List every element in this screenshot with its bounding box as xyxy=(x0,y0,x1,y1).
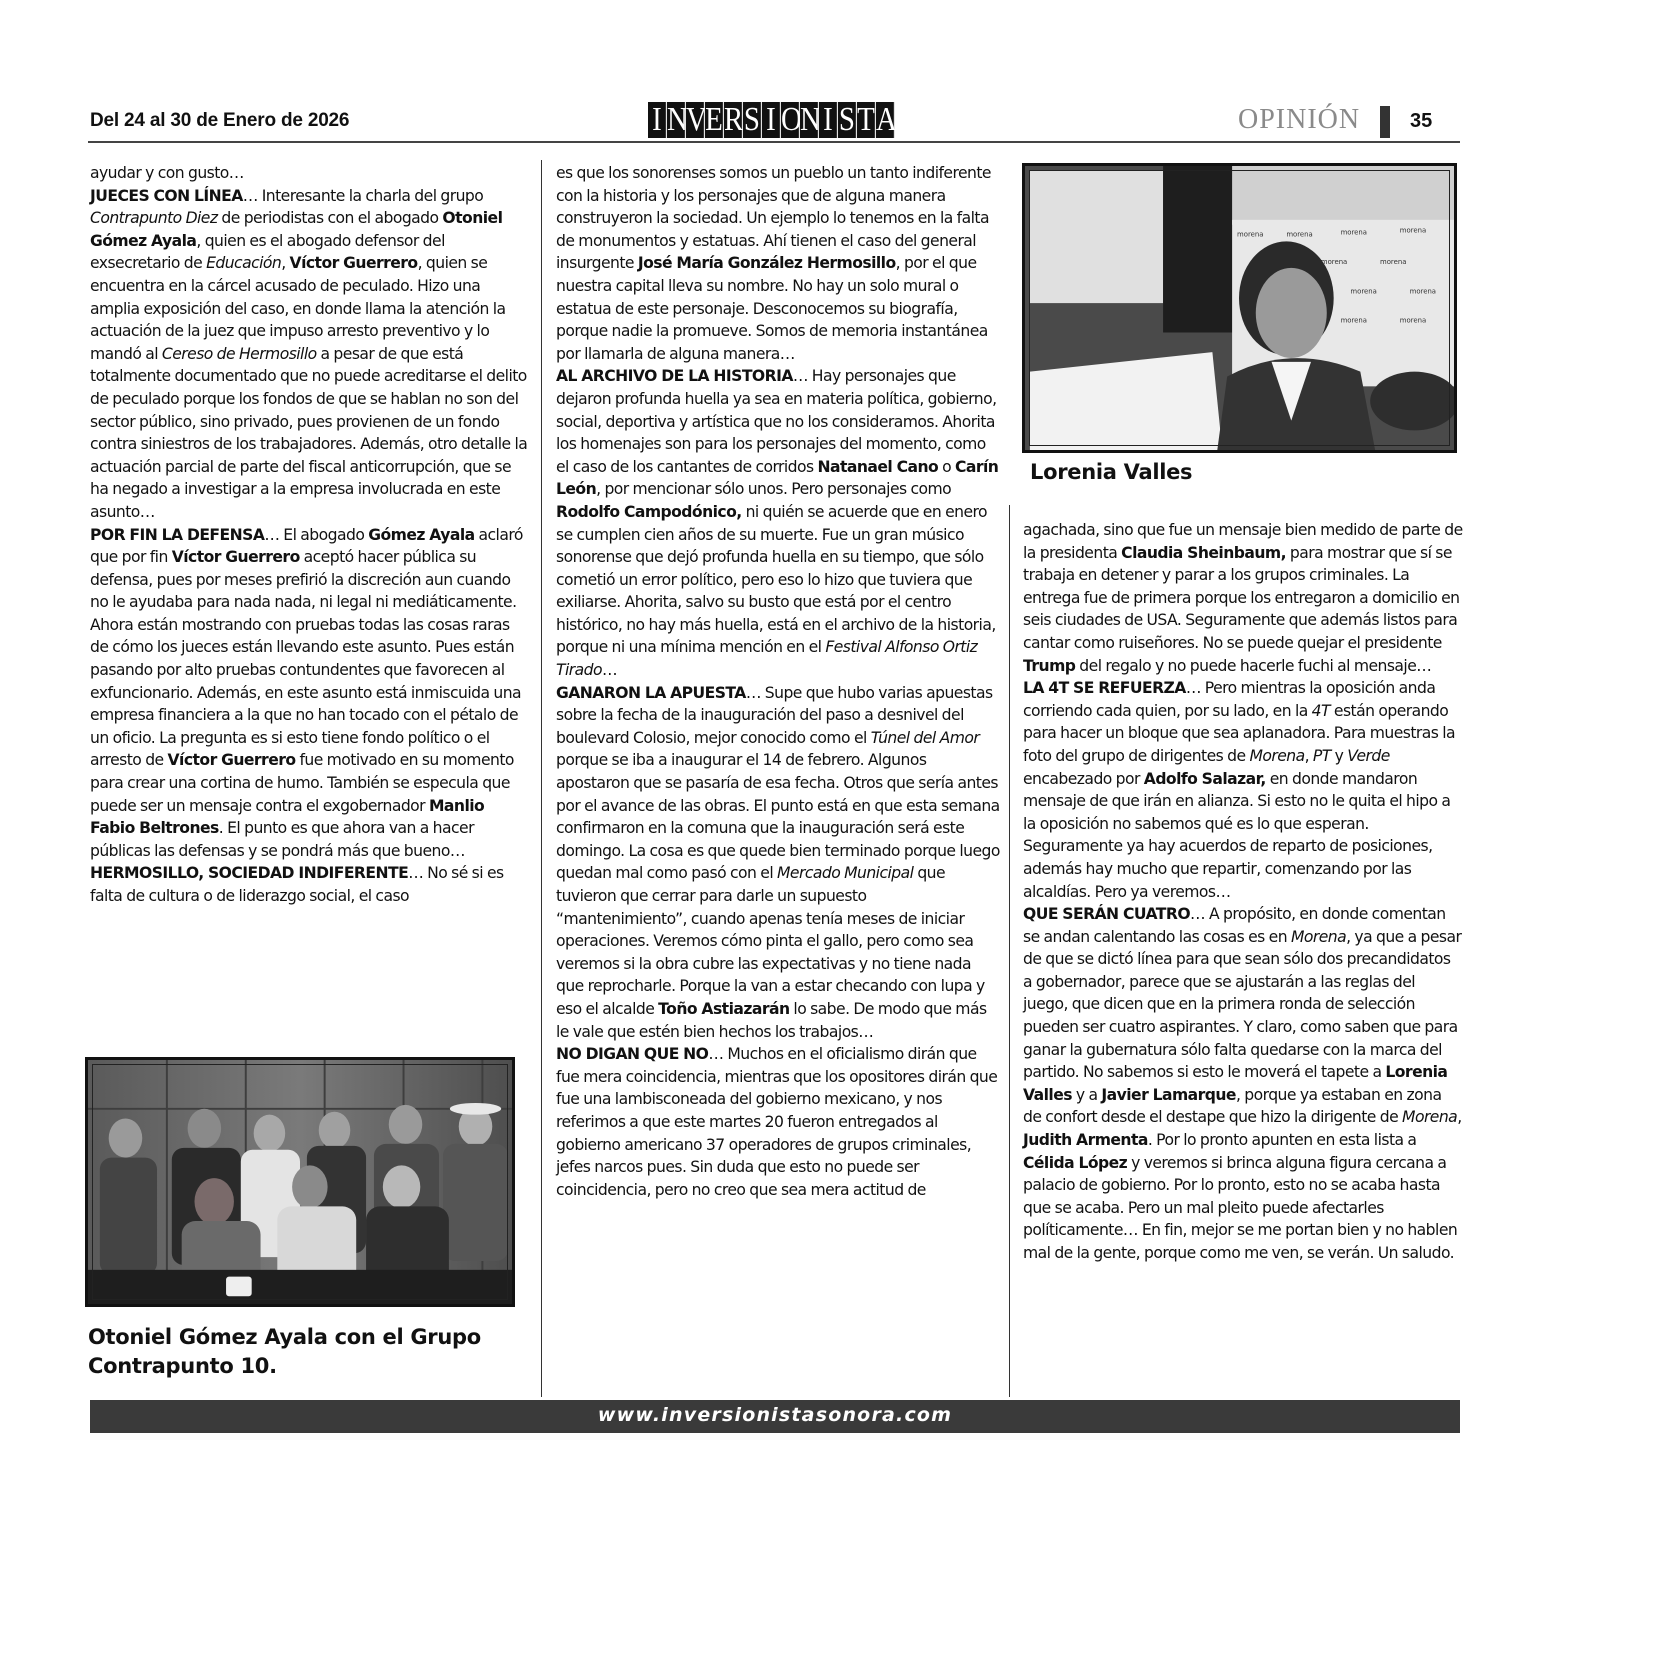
section-bar xyxy=(1380,106,1390,138)
masthead-letter: T xyxy=(857,102,876,138)
lorenia-photo-caption: Lorenia Valles xyxy=(1030,458,1450,487)
column-3: agachada, sino que fue un mensaje bien m… xyxy=(1023,519,1463,1265)
section-heading: QUE SERÁN CUATRO xyxy=(1023,905,1190,923)
paragraph-no-digan-que-no: NO DIGAN QUE NO… Muchos en el oficialism… xyxy=(556,1043,1001,1201)
section-heading: JUECES CON LÍNEA xyxy=(90,187,243,205)
masthead-letter: E xyxy=(705,102,724,138)
column-divider xyxy=(541,160,542,1397)
masthead-logo: INVERSIONISTA xyxy=(648,102,895,138)
masthead-letter: I xyxy=(819,102,838,138)
group-photo xyxy=(85,1057,515,1307)
paragraph-al-archivo: AL ARCHIVO DE LA HISTORIA… Hay personaje… xyxy=(556,365,1001,681)
footer-bar: www.inversionistasonora.com xyxy=(90,1400,1460,1433)
masthead-letter: N xyxy=(800,102,819,138)
section-heading: LA 4T SE REFUERZA xyxy=(1023,679,1186,697)
column-divider xyxy=(1009,505,1010,1397)
section-heading: HERMOSILLO, SOCIEDAD INDIFERENTE xyxy=(90,864,408,882)
masthead-letter: S xyxy=(838,102,857,138)
masthead-letter: A xyxy=(876,102,895,138)
paragraph-jueces-con-linea: JUECES CON LÍNEA… Interesante la charla … xyxy=(90,185,530,524)
masthead-letter: V xyxy=(686,102,705,138)
paragraph-la-4t-se-refuerza: LA 4T SE REFUERZA… Pero mientras la opos… xyxy=(1023,677,1463,903)
masthead-letter: I xyxy=(648,102,667,138)
section-heading: NO DIGAN QUE NO xyxy=(556,1045,708,1063)
header-rule xyxy=(88,141,1460,143)
paragraph-hermosillo-sociedad: HERMOSILLO, SOCIEDAD INDIFERENTE… No sé … xyxy=(90,862,530,907)
paragraph: ayudar y con gusto… xyxy=(90,162,530,185)
section-heading: AL ARCHIVO DE LA HISTORIA xyxy=(556,367,793,385)
paragraph-ganaron-la-apuesta: GANARON LA APUESTA… Supe que hubo varias… xyxy=(556,682,1001,1044)
paragraph-por-fin-la-defensa: POR FIN LA DEFENSA… El abogado Gómez Aya… xyxy=(90,524,530,863)
newspaper-page: Del 24 al 30 de Enero de 2026 INVERSIONI… xyxy=(0,0,1654,1654)
column-2: es que los sonorenses somos un pueblo un… xyxy=(556,162,1001,1201)
masthead-letter: R xyxy=(724,102,743,138)
lorenia-valles-photo: morenamorenamorenamorena morenamorenamor… xyxy=(1022,163,1457,453)
column-1: ayudar y con gusto… JUECES CON LÍNEA… In… xyxy=(90,162,530,908)
masthead-letter: O xyxy=(781,102,800,138)
paragraph-que-seran-cuatro: QUE SERÁN CUATRO… A propósito, en donde … xyxy=(1023,903,1463,1265)
paragraph-continued: es que los sonorenses somos un pueblo un… xyxy=(556,162,1001,365)
page-header: Del 24 al 30 de Enero de 2026 INVERSIONI… xyxy=(88,102,1460,142)
masthead-letter: N xyxy=(667,102,686,138)
masthead-letter: S xyxy=(743,102,762,138)
section-heading: POR FIN LA DEFENSA xyxy=(90,526,264,544)
section-heading: GANARON LA APUESTA xyxy=(556,684,746,702)
page-number: 35 xyxy=(1410,110,1432,133)
section-title: OPINIÓN xyxy=(1238,104,1360,136)
paragraph-continued: agachada, sino que fue un mensaje bien m… xyxy=(1023,519,1463,677)
photo-frame xyxy=(1029,170,1450,446)
photo-frame xyxy=(92,1064,508,1300)
issue-date: Del 24 al 30 de Enero de 2026 xyxy=(90,110,349,132)
group-photo-caption: Otoniel Gómez Ayala con el Grupo Contrap… xyxy=(88,1323,528,1381)
website-link[interactable]: www.inversionistasonora.com xyxy=(90,1404,1460,1426)
masthead-letter: I xyxy=(762,102,781,138)
